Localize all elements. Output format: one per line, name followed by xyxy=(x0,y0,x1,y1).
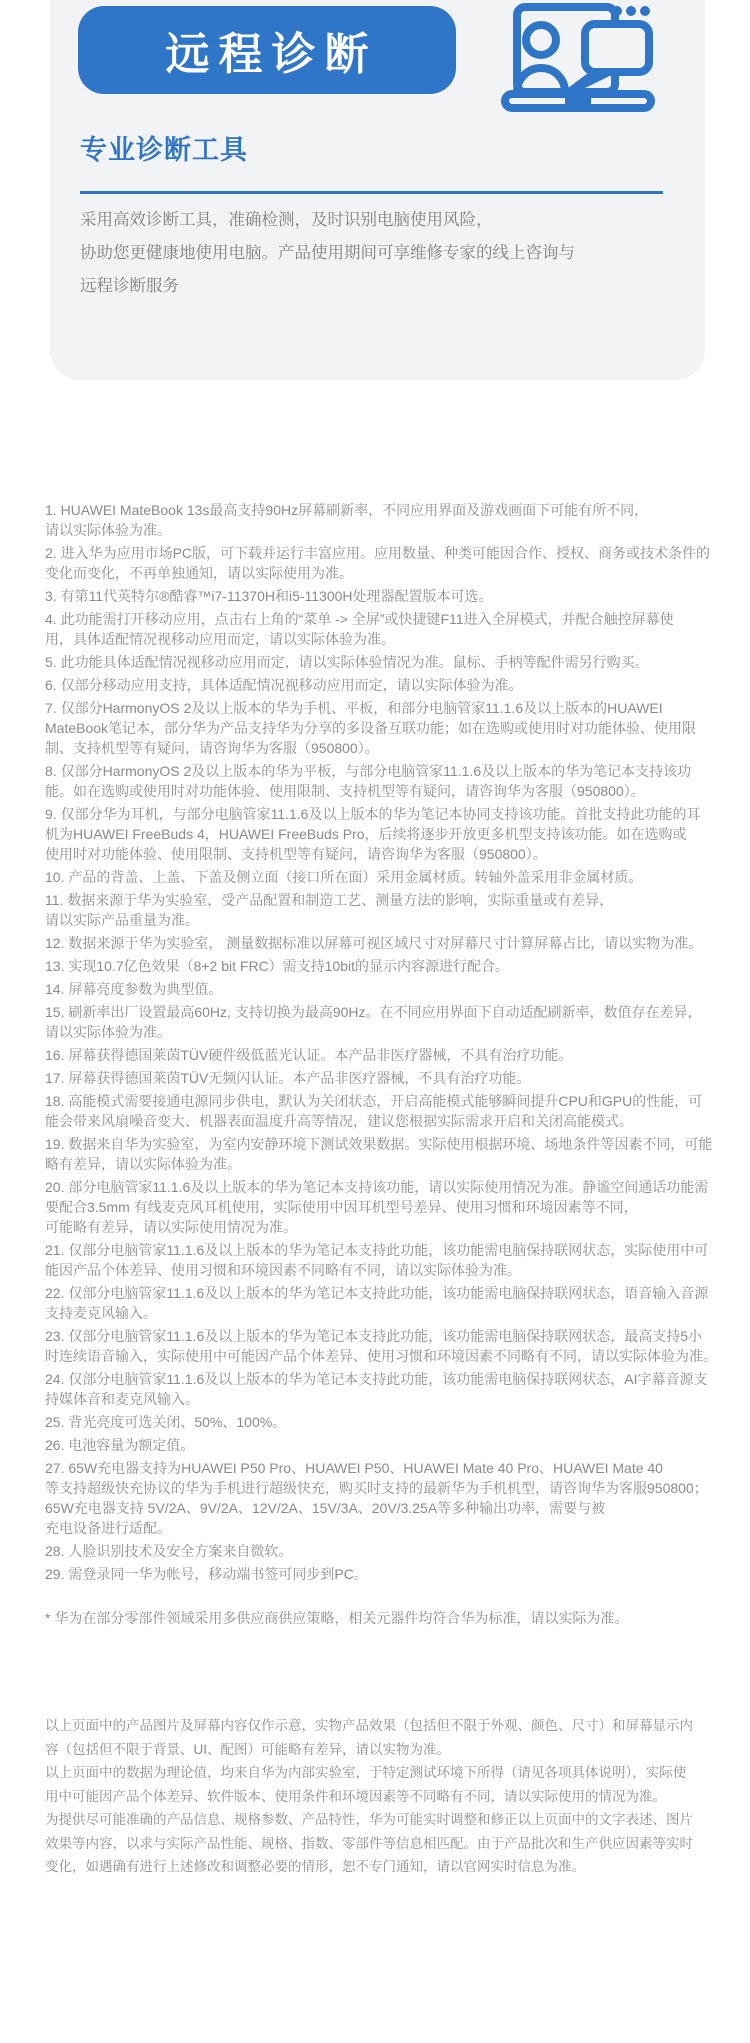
footnote-item: 8. 仅部分HarmonyOS 2及以上版本的华为平板，与部分电脑管家11.1.… xyxy=(45,761,721,801)
footnote-item: 4. 此功能需打开移动应用，点击右上角的“菜单 -> 全屏”或快捷键F11进入全… xyxy=(45,609,721,649)
footnote-item: 19. 数据来自华为实验室，为室内安静环境下测试效果数据。实际使用根据环境、场地… xyxy=(45,1134,721,1174)
footnote-item: 21. 仅部分电脑管家11.1.6及以上版本的华为笔记本支持此功能，该功能需电脑… xyxy=(45,1240,721,1280)
footnote-item: 6. 仅部分移动应用支持，具体适配情况视移动应用而定，请以实际体验为准。 xyxy=(45,675,721,695)
footnote-item: 24. 仅部分电脑管家11.1.6及以上版本的华为笔记本支持此功能，该功能需电脑… xyxy=(45,1369,721,1409)
footnote-item: 12. 数据来源于华为实验室， 测量数据标准以屏幕可视区域尺寸对屏幕尺寸计算屏幕… xyxy=(45,933,721,953)
footnote-item: 26. 电池容量为额定值。 xyxy=(45,1435,721,1455)
video-call-laptop-icon xyxy=(501,2,655,114)
legal-paragraph: 为提供尽可能准确的产品信息、规格参数、产品特性，华为可能实时调整和修正以上页面中… xyxy=(45,1808,721,1879)
footnote-item: 28. 人脸识别技术及安全方案来自微软。 xyxy=(45,1541,721,1561)
footnote-item: 29. 需登录同一华为帐号，移动端书签可同步到PC。 xyxy=(45,1564,721,1584)
legal-paragraph: 以上页面中的数据为理论值，均来自华为内部实验室，于特定测试环境下所得（请见各项具… xyxy=(45,1761,721,1808)
footnote-item: 27. 65W充电器支持为HUAWEI P50 Pro、HUAWEI P50、H… xyxy=(45,1458,721,1538)
footnote-item: 5. 此功能具体适配情况视移动应用而定，请以实际体验情况为准。鼠标、手柄等配件需… xyxy=(45,652,721,672)
remote-diagnosis-panel: 远程诊断 专业诊断工具 采用高效诊断工具，准确检测，及时识别电脑使用风险， 协助… xyxy=(50,0,705,380)
footnote-item: 15. 刷新率出厂设置最高60Hz, 支持切换为最高90Hz。在不同应用界面下自… xyxy=(45,1002,721,1042)
footnote-item: 10. 产品的背盖、上盖、下盖及侧立面（接口所在面）采用金属材质。转轴外盖采用非… xyxy=(45,867,721,887)
section-title: 专业诊断工具 xyxy=(80,128,248,167)
footnote-item: 11. 数据来源于华为实验室，受产品配置和制造工艺、测量方法的影响，实际重量或有… xyxy=(45,890,721,930)
footnote-item: 16. 屏幕获得德国莱茵TÜV硬件级低蓝光认证。本产品非医疗器械，不具有治疗功能… xyxy=(45,1045,721,1065)
footnote-item: 1. HUAWEI MateBook 13s最高支持90Hz屏幕刷新率，不同应用… xyxy=(45,500,721,540)
remote-diagnosis-badge-label: 远程诊断 xyxy=(157,18,378,82)
remote-diagnosis-badge: 远程诊断 xyxy=(78,6,456,94)
footnote-item: 13. 实现10.7亿色效果（8+2 bit FRC）需支持10bit的显示内容… xyxy=(45,956,721,976)
footnote-item: 7. 仅部分HarmonyOS 2及以上版本的华为手机、平板，和部分电脑管家11… xyxy=(45,698,721,758)
legal-paragraph: 以上页面中的产品图片及屏幕内容仅作示意，实物产品效果（包括但不限于外观、颜色、尺… xyxy=(45,1714,721,1761)
footnote-item: 18. 高能模式需要接通电源同步供电，默认为关闭状态，开启高能模式能够瞬间提升C… xyxy=(45,1091,721,1131)
product-detail-page: 远程诊断 专业诊断工具 采用高效诊断工具，准确检测，及时识别电脑使用风险， 协助… xyxy=(0,0,750,2043)
section-description: 采用高效诊断工具，准确检测，及时识别电脑使用风险， 协助您更健康地使用电脑。产品… xyxy=(80,204,680,303)
footnote-item: 25. 背光亮度可选关闭、50%、100%。 xyxy=(45,1412,721,1432)
footnote-item: 14. 屏幕亮度参数为典型值。 xyxy=(45,979,721,999)
footnote-item: 9. 仅部分华为耳机，与部分电脑管家11.1.6及以上版本的华为笔记本协同支持该… xyxy=(45,804,721,864)
footnote-item: 3. 有第11代英特尔®酷睿™i7-11370H和i5-11300H处理器配置版… xyxy=(45,586,721,606)
footnote-item: 2. 进入华为应用市场PC版，可下载并运行丰富应用。应用数量、种类可能因合作、授… xyxy=(45,543,721,583)
multi-supplier-note: * 华为在部分零部件领域采用多供应商供应策略，相关元器件均符合华为标准，请以实际… xyxy=(45,1608,721,1628)
footnotes-section: 1. HUAWEI MateBook 13s最高支持90Hz屏幕刷新率，不同应用… xyxy=(45,500,721,1879)
footnote-item: 20. 部分电脑管家11.1.6及以上版本的华为笔记本支持该功能，请以实际使用情… xyxy=(45,1177,721,1237)
footnote-item: 17. 屏幕获得德国莱茵TÜV无频闪认证。本产品非医疗器械，不具有治疗功能。 xyxy=(45,1068,721,1088)
title-underline xyxy=(80,191,663,194)
legal-disclaimer: 以上页面中的产品图片及屏幕内容仅作示意，实物产品效果（包括但不限于外观、颜色、尺… xyxy=(45,1714,721,1879)
footnote-item: 22. 仅部分电脑管家11.1.6及以上版本的华为笔记本支持此功能，该功能需电脑… xyxy=(45,1283,721,1323)
footnote-item: 23. 仅部分电脑管家11.1.6及以上版本的华为笔记本支持此功能，该功能需电脑… xyxy=(45,1326,721,1366)
